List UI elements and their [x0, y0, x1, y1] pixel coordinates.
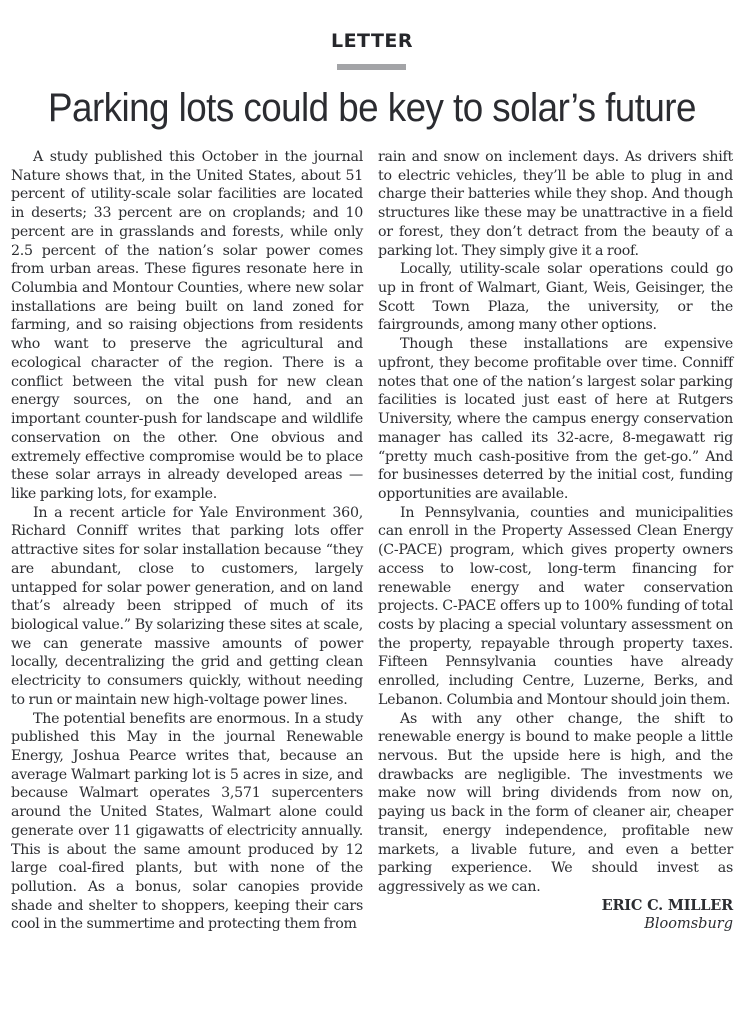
author-location: Bloomsburg	[378, 915, 733, 934]
paragraph: The potential benefits are enormous. In …	[11, 710, 363, 935]
paragraph-continuation: rain and snow on inclement days. As driv…	[378, 148, 733, 260]
paragraph: As with any other change, the shift to r…	[378, 710, 733, 897]
paragraph: A study published this October in the jo…	[11, 148, 363, 504]
paragraph: In a recent article for Yale Environment…	[11, 504, 363, 710]
paragraph: Though these installations are expensive…	[378, 335, 733, 503]
paragraph: In Pennsylvania, counties and municipali…	[378, 504, 733, 710]
left-column: A study published this October in the jo…	[11, 148, 363, 934]
paragraph: Locally, utility-scale solar operations …	[378, 260, 733, 335]
headline: Parking lots could be key to solar’s fut…	[30, 86, 714, 131]
author-name: ERIC C. MILLER	[378, 897, 733, 916]
kicker-divider	[337, 64, 406, 70]
right-column: rain and snow on inclement days. As driv…	[378, 148, 733, 934]
section-kicker: LETTER	[0, 30, 744, 52]
signature: ERIC C. MILLER Bloomsburg	[378, 897, 733, 934]
